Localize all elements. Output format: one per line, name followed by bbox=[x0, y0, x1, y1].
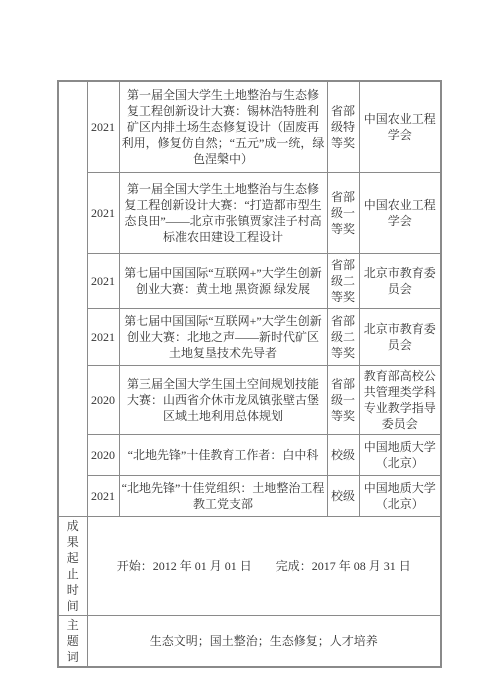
left-spacer-cell bbox=[58, 81, 87, 517]
award-organization: 中国农业工程学会 bbox=[359, 81, 441, 173]
award-description: “北地先锋”十佳党组织：土地整治工程教工党支部 bbox=[119, 476, 327, 517]
keywords-label: 主题词 bbox=[58, 616, 87, 668]
award-year: 2020 bbox=[87, 366, 119, 435]
achievements-table: 2021 第一届全国大学生土地整治与生态修复工程创新设计大赛：锡林浩特胜利矿区内… bbox=[57, 80, 442, 668]
award-description: 第七届中国国际“互联网+”大学生创新创业大赛：黄土地 黑资源 绿发展 bbox=[119, 254, 327, 309]
award-organization: 北京市教育委员会 bbox=[359, 309, 441, 366]
award-row: 2021 第一届全国大学生土地整治与生态修复工程创新设计大赛：锡林浩特胜利矿区内… bbox=[58, 81, 441, 173]
award-year: 2021 bbox=[87, 81, 119, 173]
keywords-row: 主题词 生态文明；国土整治；生态修复；人才培养 bbox=[58, 616, 441, 668]
keywords-value: 生态文明；国土整治；生态修复；人才培养 bbox=[87, 616, 441, 668]
award-row: 2020 “北地先锋”十佳教育工作者：白中科 校级 中国地质大学（北京） bbox=[58, 435, 441, 476]
award-level: 校级 bbox=[327, 476, 359, 517]
award-description: 第七届中国国际“互联网+”大学生创新创业大赛：北地之声——新时代矿区土地复垦技术… bbox=[119, 309, 327, 366]
award-organization: 中国地质大学（北京） bbox=[359, 435, 441, 476]
award-level: 省部级一等奖 bbox=[327, 173, 359, 254]
award-organization: 教育部高校公共管理类学科专业教学指导委员会 bbox=[359, 366, 441, 435]
award-organization: 北京市教育委员会 bbox=[359, 254, 441, 309]
award-description: “北地先锋”十佳教育工作者：白中科 bbox=[119, 435, 327, 476]
award-level: 省部级特等奖 bbox=[327, 81, 359, 173]
award-level: 省部级一等奖 bbox=[327, 366, 359, 435]
award-year: 2021 bbox=[87, 476, 119, 517]
award-row: 2021 第一届全国大学生土地整治与生态修复工程创新设计大赛：“打造都市型生态良… bbox=[58, 173, 441, 254]
award-row: 2021 第七届中国国际“互联网+”大学生创新创业大赛：北地之声——新时代矿区土… bbox=[58, 309, 441, 366]
award-level: 省部级二等奖 bbox=[327, 309, 359, 366]
award-year: 2021 bbox=[87, 173, 119, 254]
award-organization: 中国农业工程学会 bbox=[359, 173, 441, 254]
award-row: 2021 “北地先锋”十佳党组织：土地整治工程教工党支部 校级 中国地质大学（北… bbox=[58, 476, 441, 517]
award-description: 第一届全国大学生土地整治与生态修复工程创新设计大赛：锡林浩特胜利矿区内排土场生态… bbox=[119, 81, 327, 173]
duration-row: 成果起止时间 开始：2012 年 01 月 01 日 完成：2017 年 08 … bbox=[58, 517, 441, 616]
award-row: 2021 第七届中国国际“互联网+”大学生创新创业大赛：黄土地 黑资源 绿发展 … bbox=[58, 254, 441, 309]
award-year: 2021 bbox=[87, 309, 119, 366]
award-year: 2020 bbox=[87, 435, 119, 476]
duration-label: 成果起止时间 bbox=[58, 517, 87, 616]
award-level: 省部级二等奖 bbox=[327, 254, 359, 309]
award-description: 第三届全国大学生国土空间规划技能大赛：山西省介休市龙凤镇张壁古堡区域土地利用总体… bbox=[119, 366, 327, 435]
award-year: 2021 bbox=[87, 254, 119, 309]
award-organization: 中国地质大学（北京） bbox=[359, 476, 441, 517]
award-row: 2020 第三届全国大学生国土空间规划技能大赛：山西省介休市龙凤镇张壁古堡区域土… bbox=[58, 366, 441, 435]
award-level: 校级 bbox=[327, 435, 359, 476]
duration-value: 开始：2012 年 01 月 01 日 完成：2017 年 08 月 31 日 bbox=[87, 517, 441, 616]
award-description: 第一届全国大学生土地整治与生态修复工程创新设计大赛：“打造都市型生态良田”——北… bbox=[119, 173, 327, 254]
